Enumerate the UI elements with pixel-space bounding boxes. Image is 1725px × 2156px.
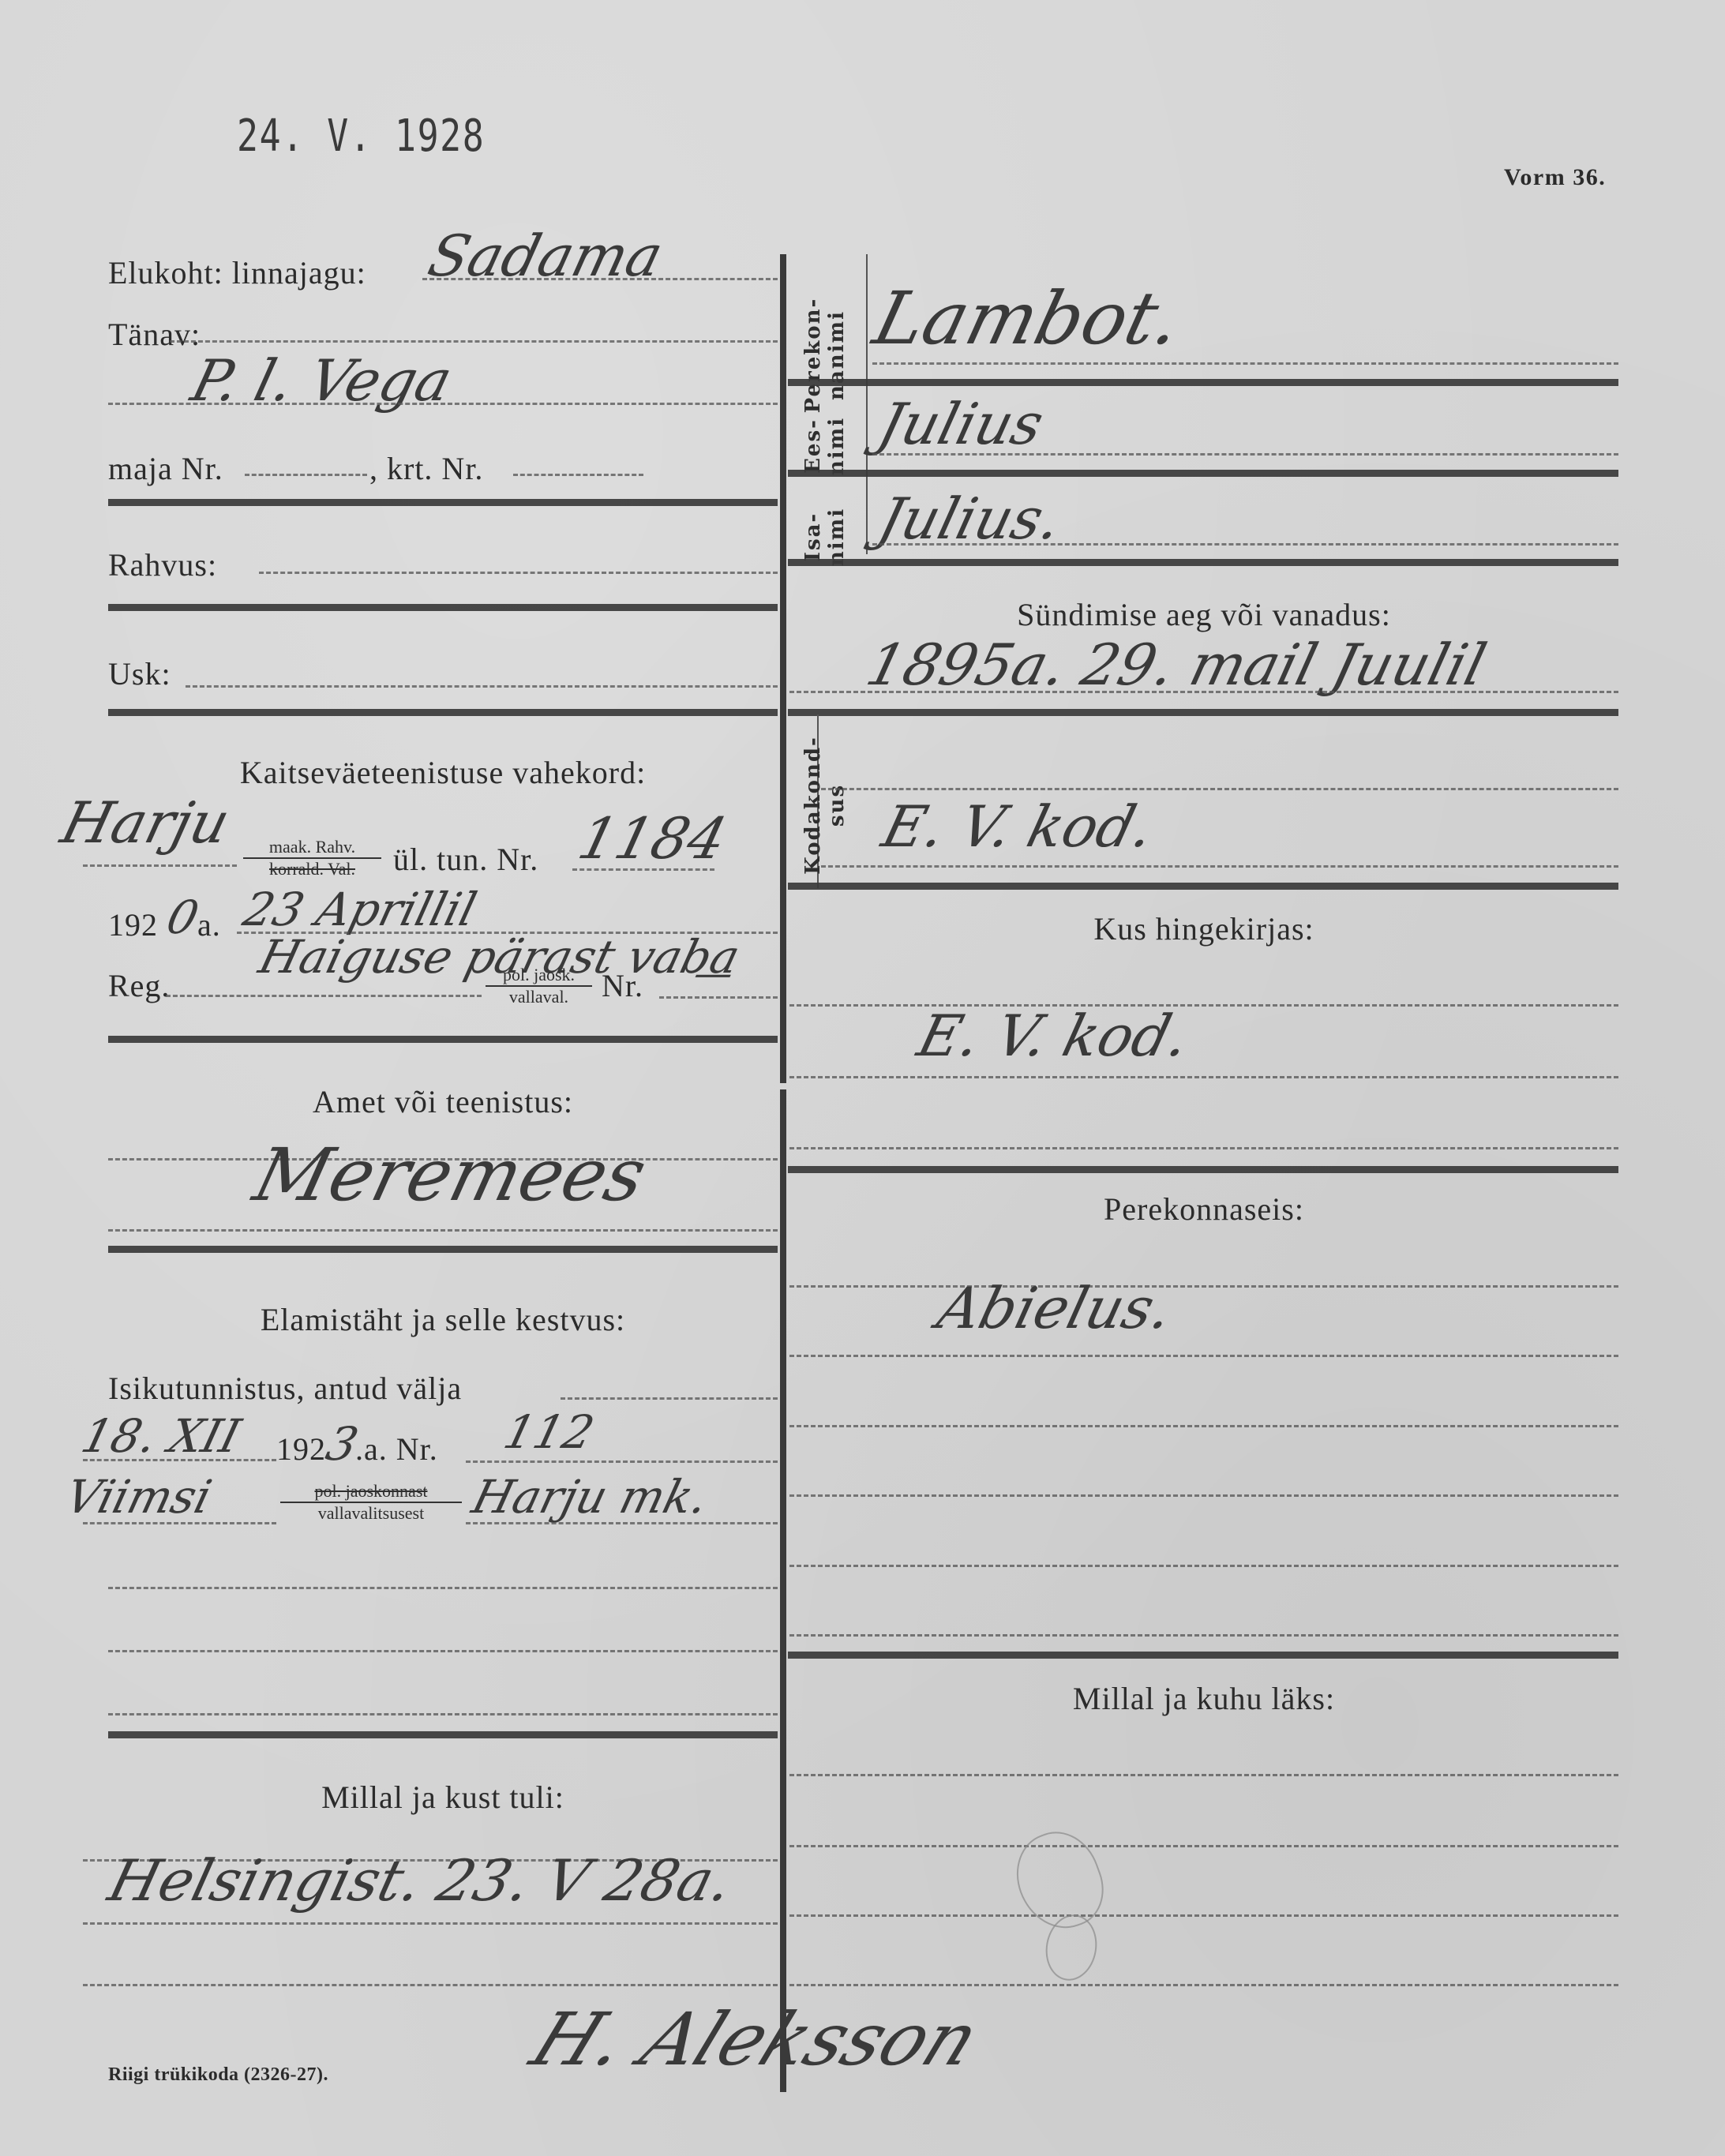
kaitse-nr-value[interactable]: 1184 [572,805,733,872]
maja-label: maja Nr. [108,450,223,487]
isik-year-suffix: .a. Nr. [355,1430,438,1468]
reg-fraction: pol. jaosk. vallaval. [486,965,592,1007]
reg-nr-label: Nr. [602,967,643,1004]
eesnimi-label-text: Ees- nimi [801,417,849,475]
hingekiri-line-2 [789,1076,1618,1078]
usk-line [186,685,778,688]
reg-frac-top: pol. jaosk. [486,965,592,987]
isik-date-line [83,1459,276,1461]
kaitse-frac-bottom: korrald. Val. [243,859,381,879]
tanav-line-2 [108,403,778,405]
perekonnaseis-line-4 [789,1494,1618,1497]
isik-place-value[interactable]: Viimsi [61,1470,217,1524]
isanimi-value[interactable]: Julius. [872,486,1068,552]
perekonnaseis-line-2 [789,1355,1618,1357]
name-label-column-line [866,254,868,554]
isanimi-label-text: Isa- nimi [801,508,849,566]
hingekiri-value[interactable]: E. V. kod. [912,1003,1196,1069]
rahvus-line [259,572,778,574]
divider-rule [108,1731,778,1738]
isik-nr-value[interactable]: 112 [499,1405,600,1459]
perekonnaseis-value[interactable]: Abielus. [932,1275,1179,1341]
isik-year-prefix: 192 [276,1430,326,1468]
perekonnaseis-line-3 [789,1425,1618,1427]
divider-rule [788,559,1618,566]
perekonnanimi-value[interactable]: Lambot. [866,276,1190,361]
perekonnanimi-line [872,362,1618,365]
isik-nr-line [466,1460,778,1463]
laks-line-4 [789,1984,1618,1986]
elukoht-line [422,278,778,280]
kaitse-county-value[interactable]: Harju [55,789,237,856]
kodakondsus-label-text: Kodakond- sus [801,736,849,875]
sundimise-heading: Sündimise aeg või vanadus: [789,596,1618,633]
laks-line-1 [789,1774,1618,1776]
form-sheet: 24. V. 1928 Vorm 36. Elukoht: linnajagu:… [0,0,1725,2156]
rahvus-label: Rahvus: [108,546,217,583]
eesnimi-line [872,453,1618,456]
perekonnanimi-label: Perekon- nanimi [801,296,849,414]
isik-place-line [83,1522,276,1524]
tuli-value[interactable]: Helsingist. 23. V 28a. [103,1847,739,1914]
perekonnanimi-label-text: Perekon- nanimi [801,298,849,414]
divider-rule [108,709,778,716]
sundimise-value[interactable]: 1895a. 29. mail Juulil [861,632,1493,698]
tanav-label: Tänav: [108,316,201,353]
eesnimi-value[interactable]: Julius [872,391,1051,457]
kaitse-county-line [83,864,237,867]
perekonnaseis-heading: Perekonnaseis: [789,1190,1618,1228]
isikutunnistus-line [561,1397,778,1400]
isik-frac-top: pol. jaoskonnast [280,1481,462,1503]
divider-rule [788,470,1618,477]
isikutunnistus-label: Isikutunnistus, antud välja [108,1370,462,1407]
perekonnaseis-line-6 [789,1634,1618,1637]
kaitse-frac-top: maak. Rahv. [243,837,381,859]
isik-issuer-line [466,1522,778,1524]
reg-nr-line [659,996,778,999]
kaitse-year-suffix: a. [197,906,221,943]
hingekiri-line-3 [789,1147,1618,1149]
divider-rule [788,1652,1618,1659]
column-divider-top [780,254,786,1083]
elamis-line-3 [108,1713,778,1715]
isik-fraction: pol. jaoskonnast vallavalitsusest [280,1481,462,1524]
reg-frac-bottom: vallaval. [486,987,592,1007]
maja-line [245,474,367,476]
date-stamp: 24. V. 1928 [237,111,485,162]
isik-frac-bottom: vallavalitsusest [280,1503,462,1524]
tuli-line-3 [83,1984,778,1986]
reg-line [166,995,482,997]
kodakondsus-value[interactable]: E. V. kod. [876,793,1161,860]
laks-line-3 [789,1914,1618,1917]
hingekiri-line-1 [789,1004,1618,1007]
elamis-heading: Elamistäht ja selle kestvus: [108,1301,778,1338]
divider-rule [788,883,1618,890]
isik-issuer-value[interactable]: Harju mk. [467,1470,714,1524]
perekonnaseis-line-5 [789,1565,1618,1567]
kaitse-fraction: maak. Rahv. korrald. Val. [243,837,381,879]
divider-rule [108,1246,778,1253]
divider-rule [108,499,778,506]
kaitse-ul-label: ül. tun. Nr. [393,841,538,878]
reg-label: Reg. [108,967,170,1004]
divider-rule [108,1036,778,1043]
tuli-line-2 [83,1922,778,1925]
kaitse-year-prefix: 192 [108,906,158,943]
amet-heading: Amet või teenistus: [108,1083,778,1120]
isik-date-value[interactable]: 18. XII [77,1409,246,1463]
divider-rule [788,379,1618,386]
usk-label: Usk: [108,655,171,692]
sundimise-line [789,691,1618,693]
tuli-heading: Millal ja kust tuli: [108,1779,778,1816]
signature: H. Aleksson [519,1997,991,2082]
isanimi-line [872,543,1618,546]
krt-line [513,474,643,476]
kaitse-heading: Kaitseväeteenistuse vahekord: [108,754,778,791]
laks-heading: Millal ja kuhu läks: [789,1680,1618,1717]
column-divider-bottom [780,1089,786,2092]
elamis-line-1 [108,1587,778,1589]
kaitse-nr-line [572,868,714,871]
divider-rule [108,604,778,611]
form-number: Vorm 36. [1504,164,1606,191]
kodakondsus-label: Kodakond- sus [801,734,849,876]
elamis-line-2 [108,1650,778,1652]
printer-imprint: Riigi trükikoda (2326-27). [108,2064,328,2086]
amet-line-2 [108,1229,778,1232]
tanav-line-1 [170,340,778,343]
krt-label: , krt. Nr. [369,450,483,487]
divider-rule [788,1166,1618,1173]
laks-line-2 [789,1845,1618,1847]
hingekiri-heading: Kus hingekirjas: [789,910,1618,947]
amet-value[interactable]: Meremees [246,1133,654,1217]
kaitse-date-value[interactable]: 23 Aprillil [238,883,482,936]
kodakondsus-line-1 [821,788,1618,790]
kodakondsus-line-2 [821,865,1618,868]
divider-rule [788,709,1618,716]
perekonnaseis-line-1 [789,1285,1618,1288]
elukoht-label: Elukoht: linnajagu: [108,254,366,291]
